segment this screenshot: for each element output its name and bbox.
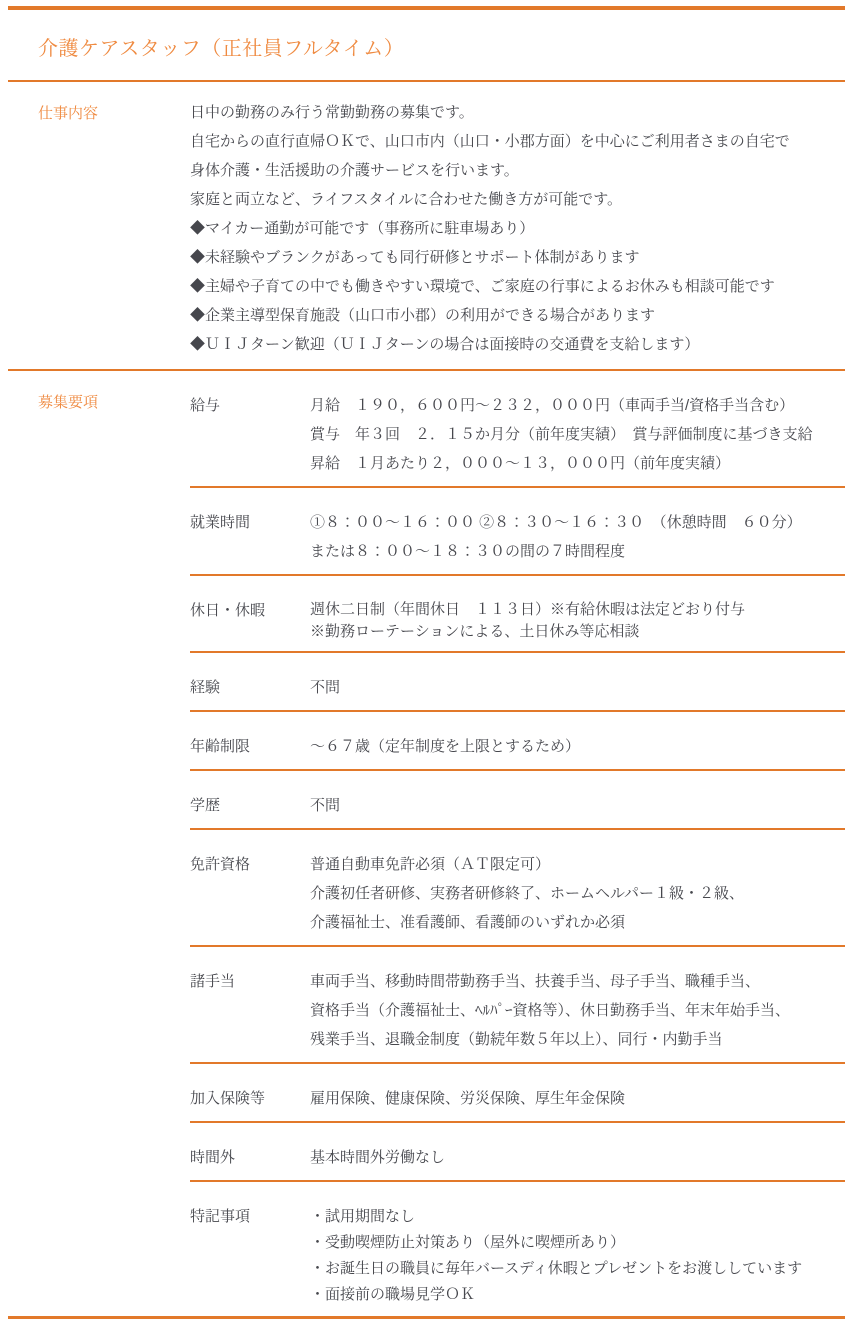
requirement-row-label: 特記事項: [190, 1202, 310, 1308]
requirement-row-label: 諸手当: [190, 967, 310, 1054]
requirement-row: 特記事項・試用期間なし・受動喫煙防止対策あり（屋外に喫煙所あり）・お誕生日の職員…: [190, 1180, 845, 1316]
requirement-value-line: 介護福祉士、准看護師、看護師のいずれか必須: [310, 908, 845, 937]
requirement-row-value: 月給 １９０，６００円～２３２，０００円（車両手当/資格手当含む）賞与 年３回 …: [310, 391, 845, 478]
requirement-row: 時間外基本時間外労働なし: [190, 1121, 845, 1180]
requirement-row: 休日・休暇週休二日制（年間休日 １１３日）※有給休暇は法定どおり付与※勤務ローテ…: [190, 574, 845, 651]
job-posting-page: 介護ケアスタッフ（正社員フルタイム） 仕事内容 日中の勤務のみ行う常勤勤務の募集…: [0, 0, 850, 1330]
requirement-row-label: 就業時間: [190, 508, 310, 566]
page-title: 介護ケアスタッフ（正社員フルタイム）: [8, 10, 845, 80]
requirement-value-line: 雇用保険、健康保険、労災保険、厚生年金保険: [310, 1084, 845, 1113]
bottom-divider-bar: [8, 1316, 845, 1319]
job-description-section: 仕事内容 日中の勤務のみ行う常勤勤務の募集です。自宅からの直行直帰ＯＫで、山口市…: [8, 82, 845, 369]
requirement-row: 学歴不問: [190, 769, 845, 828]
requirement-row: 諸手当車両手当、移動時間帯勤務手当、扶養手当、母子手当、職種手当、資格手当（介護…: [190, 945, 845, 1062]
requirement-row-label: 免許資格: [190, 850, 310, 937]
requirement-row-label: 年齢制限: [190, 732, 310, 761]
requirement-value-line: 介護初任者研修、実務者研修終了、ホームヘルパー１級・２級、: [310, 879, 845, 908]
requirement-value-line: ・面接前の職場見学ＯＫ: [310, 1282, 845, 1308]
requirement-row: 年齢制限～６７歳（定年制度を上限とするため）: [190, 710, 845, 769]
job-description-line: 自宅からの直行直帰ＯＫで、山口市内（山口・小郡方面）を中心にご利用者さまの自宅で: [190, 127, 845, 156]
requirements-label: 募集要項: [8, 371, 190, 1316]
requirement-row-value: ①８：００～１６：００ ②８：３０～１６：３０ （休憩時間 ６０分）または８：０…: [310, 508, 845, 566]
requirement-row-value: 不問: [310, 673, 845, 702]
requirement-row-value: 週休二日制（年間休日 １１３日）※有給休暇は法定どおり付与※勤務ローテーションに…: [310, 596, 845, 643]
requirement-row: 給与月給 １９０，６００円～２３２，０００円（車両手当/資格手当含む）賞与 年３…: [190, 371, 845, 486]
requirements-table: 給与月給 １９０，６００円～２３２，０００円（車両手当/資格手当含む）賞与 年３…: [190, 371, 845, 1316]
requirement-row-value: ・試用期間なし・受動喫煙防止対策あり（屋外に喫煙所あり）・お誕生日の職員に毎年バ…: [310, 1202, 845, 1308]
requirement-value-line: ・試用期間なし: [310, 1204, 845, 1230]
requirement-value-line: ～６７歳（定年制度を上限とするため）: [310, 732, 845, 761]
job-description-label: 仕事内容: [8, 82, 190, 369]
requirement-row-label: 経験: [190, 673, 310, 702]
requirement-row-label: 学歴: [190, 791, 310, 820]
requirement-value-line: 資格手当（介護福祉士、ﾍﾙﾊﾟｰ資格等）、休日勤務手当、年末年始手当、: [310, 996, 845, 1025]
job-description-line: ◆企業主導型保育施設（山口市小郡）の利用ができる場合があります: [190, 301, 845, 330]
requirement-value-line: ・受動喫煙防止対策あり（屋外に喫煙所あり）: [310, 1230, 845, 1256]
requirement-value-line: 普通自動車免許必須（ＡＴ限定可）: [310, 850, 845, 879]
requirement-row-label: 給与: [190, 391, 310, 478]
requirement-value-line: 賞与 年３回 ２．１５か月分（前年度実績） 賞与評価制度に基づき支給: [310, 420, 845, 449]
requirement-row-value: 基本時間外労働なし: [310, 1143, 845, 1172]
requirement-row-value: 車両手当、移動時間帯勤務手当、扶養手当、母子手当、職種手当、資格手当（介護福祉士…: [310, 967, 845, 1054]
requirement-row: 就業時間①８：００～１６：００ ②８：３０～１６：３０ （休憩時間 ６０分）また…: [190, 486, 845, 574]
requirement-value-line: 月給 １９０，６００円～２３２，０００円（車両手当/資格手当含む）: [310, 391, 845, 420]
requirement-row-label: 休日・休暇: [190, 596, 310, 643]
requirement-value-line: 不問: [310, 791, 845, 820]
requirement-value-line: 不問: [310, 673, 845, 702]
requirement-row-value: 不問: [310, 791, 845, 820]
requirement-row: 経験不問: [190, 651, 845, 710]
requirement-row-value: 普通自動車免許必須（ＡＴ限定可）介護初任者研修、実務者研修終了、ホームヘルパー１…: [310, 850, 845, 937]
requirement-value-line: ※勤務ローテーションによる、土日休み等応相談: [310, 621, 845, 643]
requirement-value-line: 週休二日制（年間休日 １１３日）※有給休暇は法定どおり付与: [310, 599, 845, 621]
requirement-value-line: 残業手当、退職金制度（勤続年数５年以上）、同行・内勤手当: [310, 1025, 845, 1054]
requirement-value-line: ・お誕生日の職員に毎年バースディ休暇とプレゼントをお渡ししています: [310, 1256, 845, 1282]
requirement-row: 免許資格普通自動車免許必須（ＡＴ限定可）介護初任者研修、実務者研修終了、ホームヘ…: [190, 828, 845, 945]
job-description-line: ◆ＵＩＪターン歓迎（ＵＩＪターンの場合は面接時の交通費を支給します）: [190, 330, 845, 359]
requirements-section: 募集要項 給与月給 １９０，６００円～２３２，０００円（車両手当/資格手当含む）…: [8, 371, 845, 1316]
requirement-row-value: 雇用保険、健康保険、労災保険、厚生年金保険: [310, 1084, 845, 1113]
job-description-line: 日中の勤務のみ行う常勤勤務の募集です。: [190, 98, 845, 127]
requirement-row-value: ～６７歳（定年制度を上限とするため）: [310, 732, 845, 761]
job-description-line: 身体介護・生活援助の介護サービスを行います。: [190, 156, 845, 185]
requirement-value-line: または８：００～１８：３０の間の７時間程度: [310, 537, 845, 566]
job-description-content: 日中の勤務のみ行う常勤勤務の募集です。自宅からの直行直帰ＯＫで、山口市内（山口・…: [190, 82, 845, 369]
job-description-line: ◆マイカー通勤が可能です（事務所に駐車場あり）: [190, 214, 845, 243]
requirement-value-line: 昇給 １月あたり２，０００～１３，０００円（前年度実績）: [310, 449, 845, 478]
requirement-row-label: 時間外: [190, 1143, 310, 1172]
requirement-row: 加入保険等雇用保険、健康保険、労災保険、厚生年金保険: [190, 1062, 845, 1121]
job-description-line: ◆未経験やブランクがあっても同行研修とサポート体制があります: [190, 243, 845, 272]
requirement-value-line: ①８：００～１６：００ ②８：３０～１６：３０ （休憩時間 ６０分）: [310, 508, 845, 537]
job-description-line: ◆主婦や子育ての中でも働きやすい環境で、ご家庭の行事によるお休みも相談可能です: [190, 272, 845, 301]
job-description-line: 家庭と両立など、ライフスタイルに合わせた働き方が可能です。: [190, 185, 845, 214]
requirement-value-line: 基本時間外労働なし: [310, 1143, 845, 1172]
requirement-value-line: 車両手当、移動時間帯勤務手当、扶養手当、母子手当、職種手当、: [310, 967, 845, 996]
requirement-row-label: 加入保険等: [190, 1084, 310, 1113]
